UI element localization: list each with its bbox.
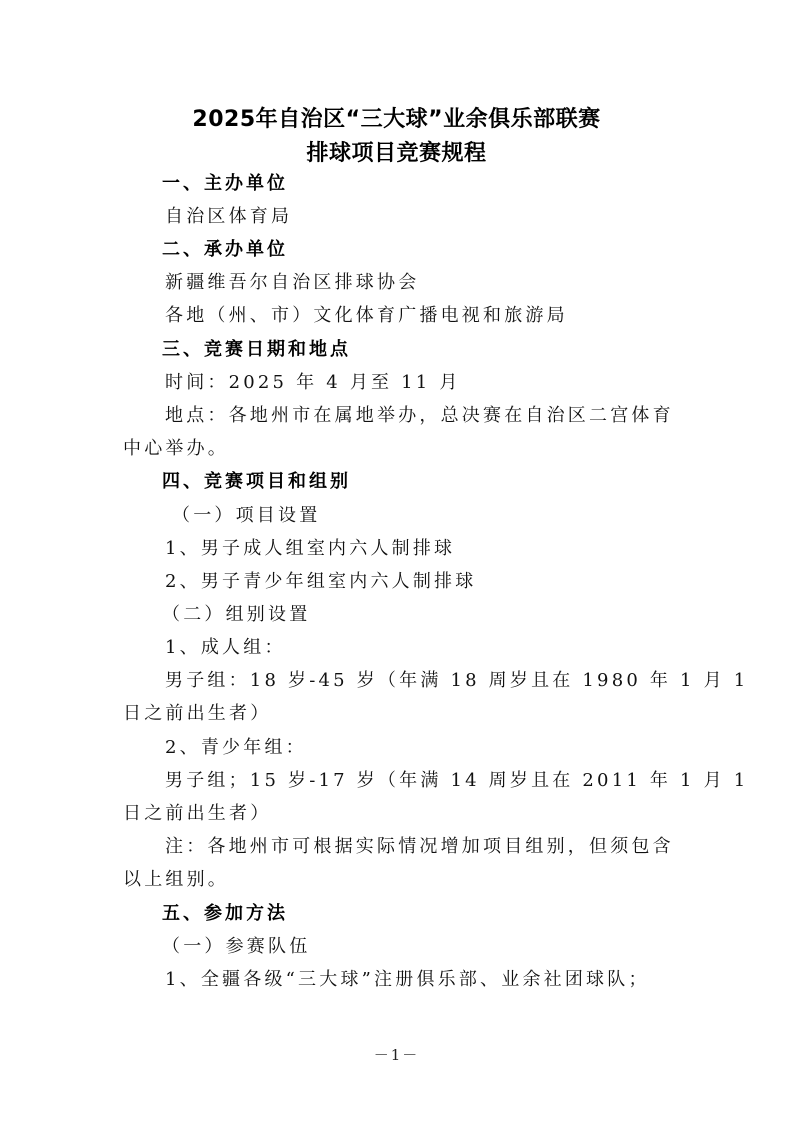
group-youth-label: 2、青少年组： bbox=[165, 736, 307, 760]
section-heading-events-groups: 四、竞赛项目和组别 bbox=[162, 470, 351, 494]
location-text-continued: 中心举办。 bbox=[123, 437, 229, 461]
document-title-line-1: 2025年自治区“三大球”业余俱乐部联赛 bbox=[0, 102, 793, 133]
group-adult-male-continued: 日之前出生者） bbox=[123, 702, 271, 726]
organizer-text: 自治区体育局 bbox=[165, 205, 292, 229]
section-heading-host: 二、承办单位 bbox=[162, 238, 288, 262]
group-youth-male-continued: 日之前出生者） bbox=[123, 802, 271, 826]
teams-item-1: 1、全疆各级“三大球”注册俱乐部、业余社团球队； bbox=[165, 968, 650, 992]
host-text-1: 新疆维吾尔自治区排球协会 bbox=[165, 271, 419, 295]
note-text-continued: 以上组别。 bbox=[123, 868, 229, 892]
page-number: －1－ bbox=[0, 1044, 793, 1065]
section-heading-organizer: 一、主办单位 bbox=[162, 172, 288, 196]
note-text: 注：各地州市可根据实际情况增加项目组别，但须包含 bbox=[165, 835, 674, 859]
group-adult-male: 男子组：18 岁-45 岁（年满 18 周岁且在 1980 年 1 月 1 bbox=[165, 669, 748, 693]
event-item-1: 1、男子成人组室内六人制排球 bbox=[165, 537, 455, 561]
date-text: 时间：2025 年 4 月至 11 月 bbox=[165, 371, 461, 395]
document-title-line-2: 排球项目竞赛规程 bbox=[0, 136, 793, 167]
host-text-2: 各地（州、市）文化体育广播电视和旅游局 bbox=[165, 304, 568, 328]
subheading-teams: （一）参赛队伍 bbox=[162, 935, 310, 959]
group-youth-male: 男子组；15 岁-17 岁（年满 14 周岁且在 2011 年 1 月 1 bbox=[165, 769, 748, 793]
group-adult-label: 1、成人组： bbox=[165, 636, 286, 660]
subheading-event-settings: （一）项目设置 bbox=[172, 504, 320, 528]
event-item-2: 2、男子青少年组室内六人制排球 bbox=[165, 570, 476, 594]
subheading-group-settings: （二）组别设置 bbox=[162, 603, 310, 627]
section-heading-date-location: 三、竞赛日期和地点 bbox=[162, 338, 351, 362]
location-text: 地点：各地州市在属地举办，总决赛在自治区二宫体育 bbox=[165, 404, 674, 428]
section-heading-participation: 五、参加方法 bbox=[162, 902, 288, 926]
